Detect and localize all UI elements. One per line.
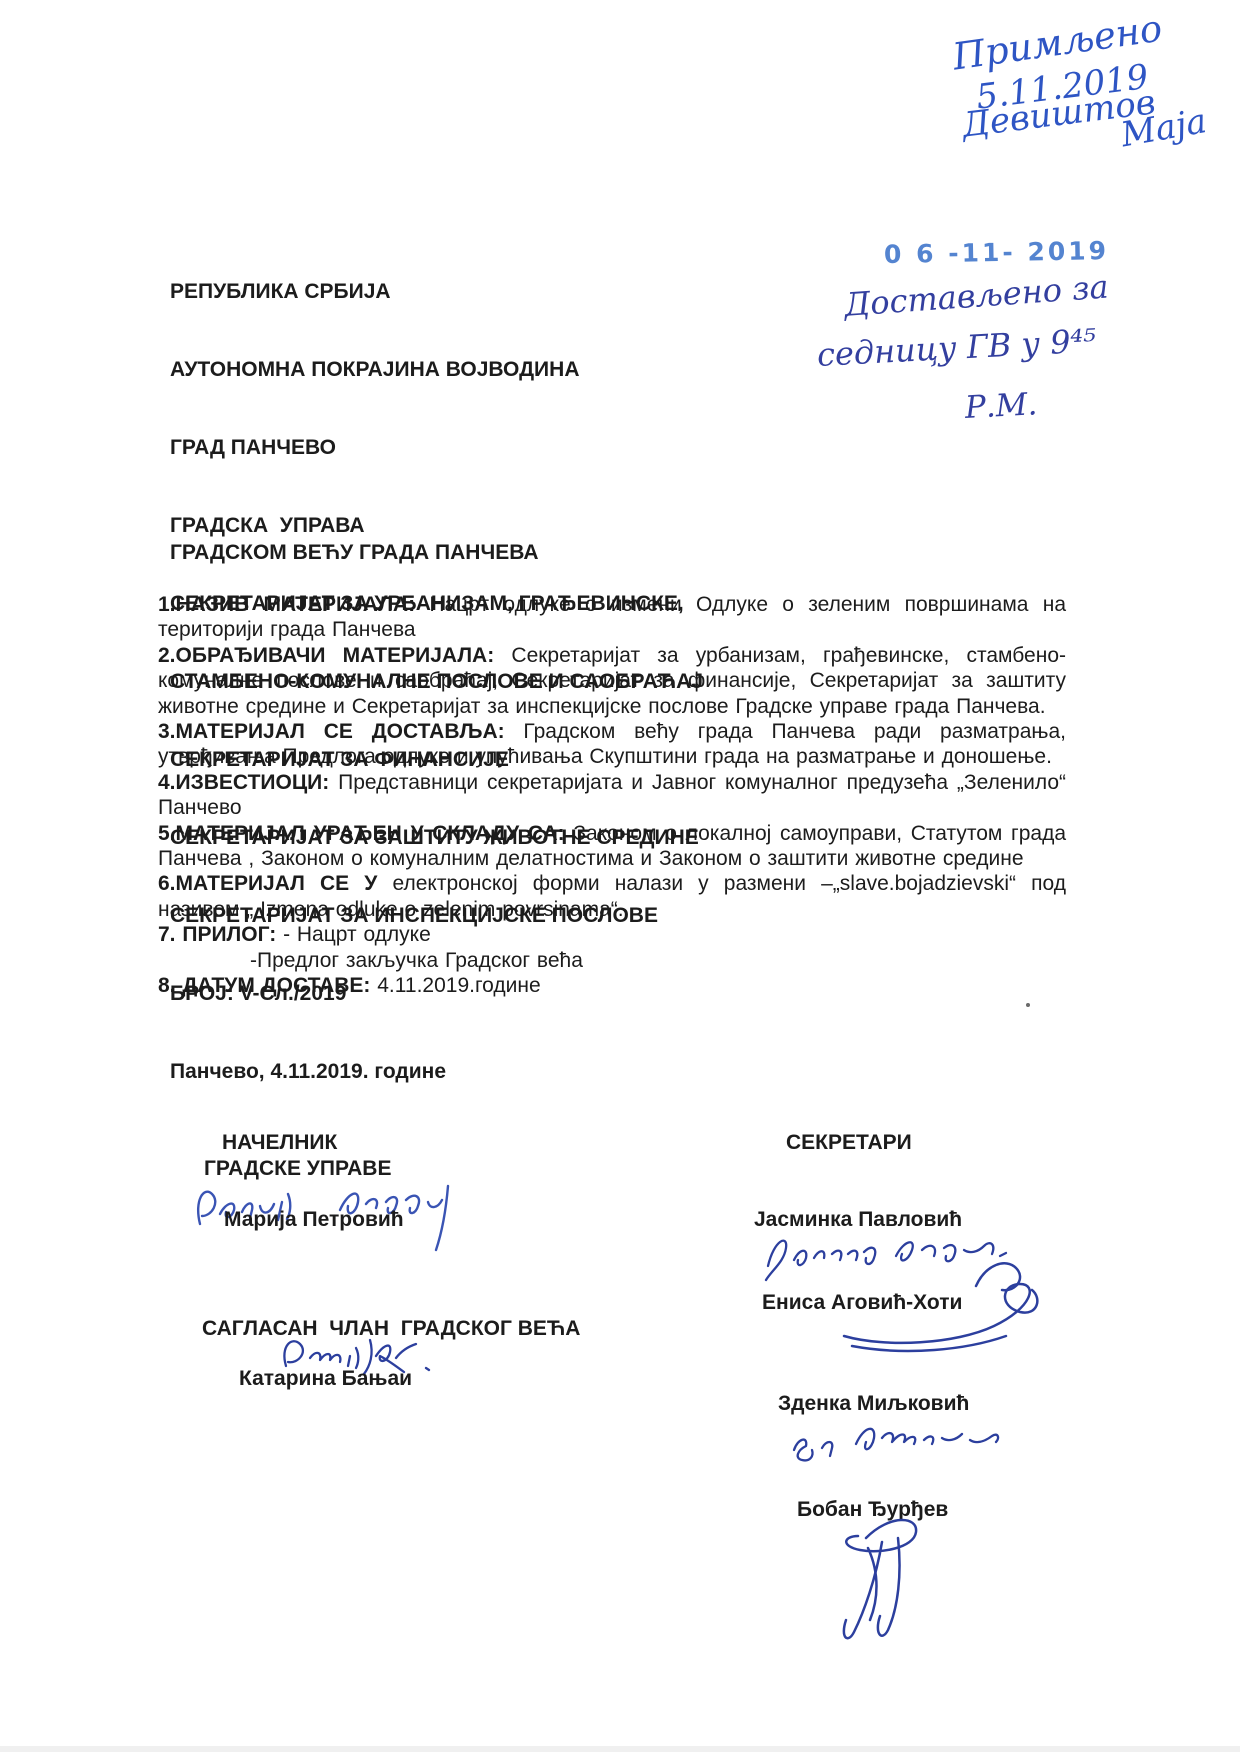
paragraph-5-label: 5.МАТЕРИЈАЛ УРАЂЕН У СКЛАДУ СА: (158, 822, 565, 845)
role-secretaries: СЕКРЕТАРИ (786, 1131, 912, 1155)
letterhead-line: АУТОНОМНА ПОКРАЈИНА ВОЈВОДИНА (170, 357, 703, 383)
attachment-second-line: -Предлог закључка Градског већа (158, 948, 1066, 973)
paragraph-3: 3.МАТЕРИЈАЛ СЕ ДОСТАВЉА: Градском већу г… (158, 719, 1066, 770)
letterhead-line: ГРАД ПАНЧЕВО (170, 435, 703, 461)
paragraph-4: 4.ИЗВЕСТИОЦИ: Представници секретаријата… (158, 770, 1066, 821)
name-marija-petrovic: Марија Петровић (224, 1208, 404, 1232)
ink-dot-artifact (1026, 1003, 1030, 1007)
role-chief-line1: НАЧЕЛНИК (222, 1131, 337, 1155)
paragraph-7-label: 7. ПРИЛОГ: (158, 923, 276, 946)
paragraph-1-label: 1.НАЗИВ МАТЕРИЈАЛА: (158, 593, 415, 616)
addressee-title: ГРАДСКОМ ВЕЋУ ГРАДА ПАНЧЕВА (170, 541, 539, 565)
paragraph-8: 8. ДАТУМ ДОСТАВЕ: 4.11.2019.године (158, 973, 1066, 998)
place-and-date: Панчево, 4.11.2019. године (170, 1059, 703, 1085)
signature-boban-djurdjev (810, 1508, 942, 1656)
paragraph-8-text: 4.11.2019.године (370, 974, 540, 997)
handwritten-delivery-note-line1: Достављено за (843, 268, 1110, 324)
paragraph-4-label: 4.ИЗВЕСТИОЦИ: (158, 771, 329, 794)
paragraph-7-text: - Нацрт одлуке (276, 923, 431, 946)
document-body: 1.НАЗИВ МАТЕРИЈАЛА: Нацрт одлуке о измен… (158, 592, 1066, 999)
letterhead-line: ГРАДСКА УПРАВА (170, 513, 703, 539)
handwritten-delivery-note-line2: седницу ГВ у 9⁴⁵ (816, 321, 1097, 374)
paragraph-8-label: 8. ДАТУМ ДОСТАВЕ: (158, 974, 370, 997)
signature-zdenka-miljkovic (784, 1416, 1006, 1466)
signature-enisa-agovic-hoti (836, 1256, 1046, 1358)
paragraph-2-label: 2.ОБРАЂИВАЧИ МАТЕРИЈАЛА: (158, 644, 494, 667)
paragraph-6-label: 6.МАТЕРИЈАЛ СЕ У (158, 872, 377, 895)
scanned-document-page: Примљено 5.11.2019 Девиштов Маја 0 6 -11… (0, 0, 1240, 1752)
name-katarina-banjai: Катарина Бањаи (239, 1367, 412, 1391)
name-zdenka-miljkovic: Зденка Миљковић (778, 1392, 969, 1416)
date-stamp: 0 6 -11- 2019 (884, 236, 1110, 269)
paragraph-1: 1.НАЗИВ МАТЕРИЈАЛА: Нацрт одлуке о измен… (158, 592, 1066, 643)
paragraph-2: 2.ОБРАЂИВАЧИ МАТЕРИЈАЛА: Секретаријат за… (158, 643, 1066, 719)
letterhead-line: РЕПУБЛИКА СРБИЈА (170, 279, 703, 305)
scan-edge-artifact (0, 1746, 1240, 1752)
paragraph-6: 6.МАТЕРИЈАЛ СЕ У електронској форми нала… (158, 871, 1066, 922)
handwritten-delivery-note-initials: Р.М. (964, 386, 1038, 426)
paragraph-5: 5.МАТЕРИЈАЛ УРАЂЕН У СКЛАДУ СА: Законом … (158, 821, 1066, 872)
paragraph-7: 7. ПРИЛОГ: - Нацрт одлуке (158, 922, 1066, 947)
paragraph-3-label: 3.МАТЕРИЈАЛ СЕ ДОСТАВЉА: (158, 720, 505, 743)
